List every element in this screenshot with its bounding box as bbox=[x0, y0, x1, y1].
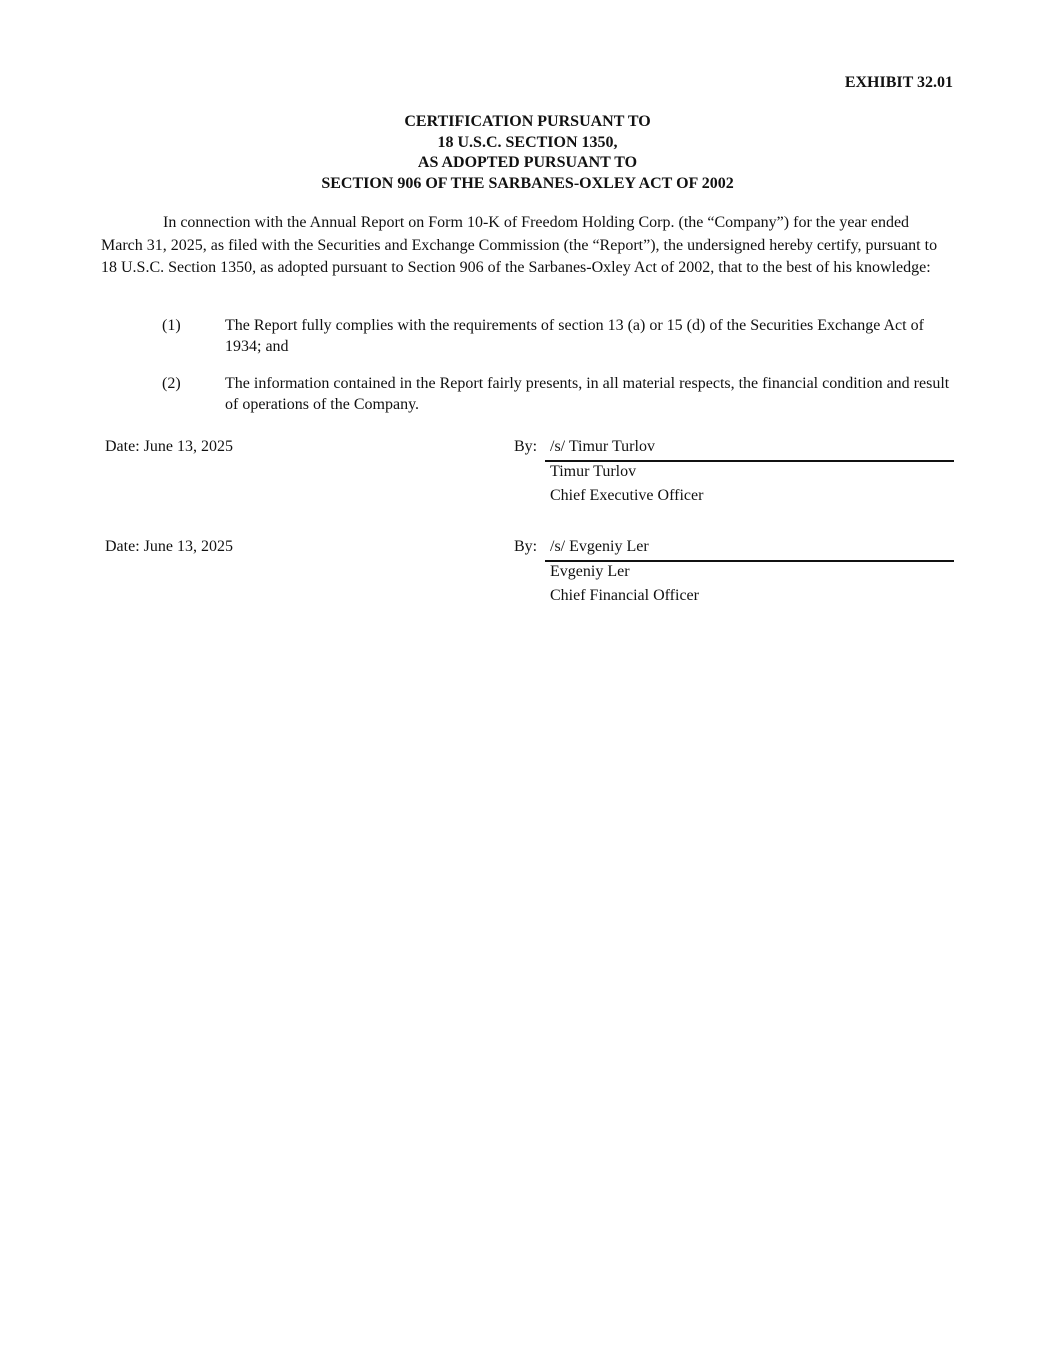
exhibit-label: EXHIBIT 32.01 bbox=[845, 74, 953, 92]
title-line: CERTIFICATION PURSUANT TO bbox=[0, 112, 1055, 133]
signer-title: Chief Executive Officer bbox=[550, 487, 703, 505]
signature-date: Date: June 13, 2025 bbox=[105, 538, 233, 556]
item-text: The Report fully complies with the requi… bbox=[225, 316, 952, 357]
title-line: AS ADOPTED PURSUANT TO bbox=[0, 153, 1055, 174]
signature-line bbox=[545, 560, 954, 562]
title-line: SECTION 906 OF THE SARBANES-OXLEY ACT OF… bbox=[0, 174, 1055, 195]
signer-name: Timur Turlov bbox=[550, 463, 636, 481]
item-number: (2) bbox=[162, 374, 181, 395]
by-label: By: bbox=[514, 538, 537, 556]
item-text: The information contained in the Report … bbox=[225, 374, 952, 415]
document-title: CERTIFICATION PURSUANT TO 18 U.S.C. SECT… bbox=[0, 112, 1055, 194]
signature: /s/ Timur Turlov bbox=[550, 438, 655, 456]
signature: /s/ Evgeniy Ler bbox=[550, 538, 649, 556]
title-line: 18 U.S.C. SECTION 1350, bbox=[0, 133, 1055, 154]
signer-name: Evgeniy Ler bbox=[550, 563, 630, 581]
certification-item: (1) The Report fully complies with the r… bbox=[162, 316, 952, 357]
signature-line bbox=[545, 460, 954, 462]
signature-date: Date: June 13, 2025 bbox=[105, 438, 233, 456]
item-number: (1) bbox=[162, 316, 181, 337]
intro-paragraph: In connection with the Annual Report on … bbox=[101, 212, 951, 280]
by-label: By: bbox=[514, 438, 537, 456]
certification-item: (2) The information contained in the Rep… bbox=[162, 374, 952, 415]
signer-title: Chief Financial Officer bbox=[550, 587, 699, 605]
